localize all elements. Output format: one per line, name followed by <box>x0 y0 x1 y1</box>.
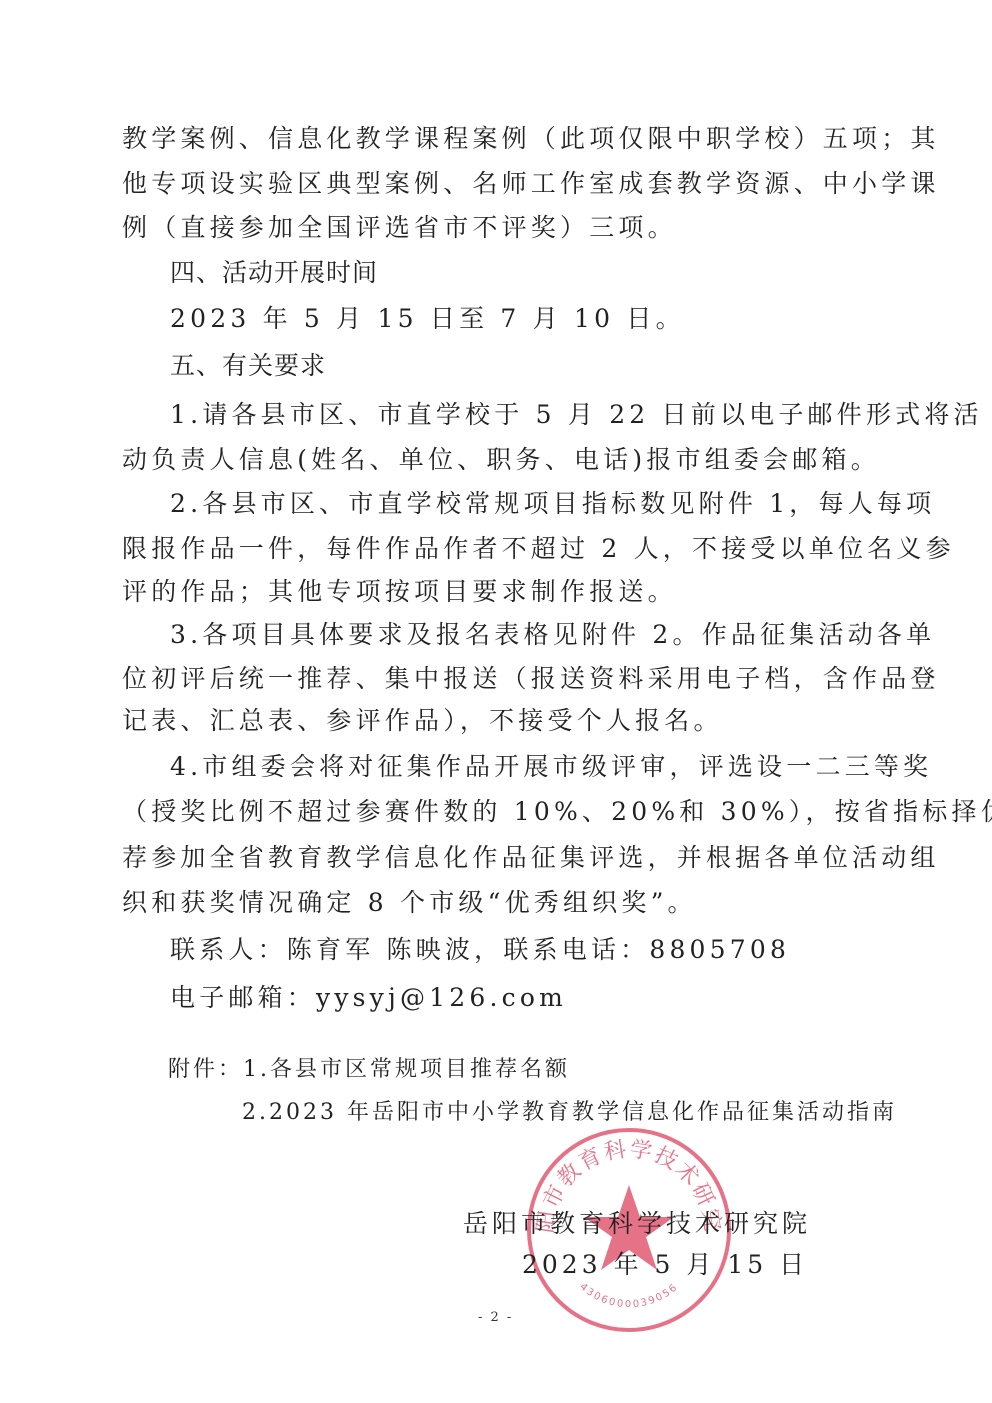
contact-email: 电子邮箱：yysyj@126.com <box>170 983 567 1013</box>
attachment-item: 2.2023 年岳阳市中小学教育教学信息化作品征集活动指南 <box>242 1098 897 1128</box>
paragraph-line: 限报作品一件，每件作品作者不超过 2 人，不接受以单位名义参 <box>122 534 955 564</box>
paragraph-line: 他专项设实验区典型案例、名师工作室成套教学资源、中小学课 <box>122 169 940 199</box>
section-heading: 四、活动开展时间 <box>170 258 378 288</box>
svg-text:4306000039056: 4306000039056 <box>577 1281 680 1310</box>
attachments: 附件：1.各县市区常规项目推荐名额 <box>168 1055 570 1085</box>
paragraph-line: 教学案例、信息化教学课程案例（此项仅限中职学校）五项；其 <box>122 124 940 154</box>
section-heading: 五、有关要求 <box>170 351 326 381</box>
paragraph-line: 位初评后统一推荐、集中报送（报送资料采用电子档，含作品登 <box>122 664 940 694</box>
paragraph-line: 评的作品；其他专项按项目要求制作报送。 <box>122 577 677 607</box>
contact-people: 联系人：陈育军 陈映波，联系电话：8805708 <box>170 935 790 965</box>
attachment-item: 1.各县市区常规项目推荐名额 <box>243 1057 570 1082</box>
paragraph-line: 例（直接参加全国评选省市不评奖）三项。 <box>122 213 677 243</box>
paragraph-line: 3.各项目具体要求及报名表格见附件 2。作品征集活动各单 <box>170 620 935 650</box>
paragraph-line: 2023 年 5 月 15 日至 7 月 10 日。 <box>170 304 685 334</box>
paragraph-line: 荐参加全省教育教学信息化作品征集评选，并根据各单位活动组 <box>122 843 940 873</box>
paragraph-line: 4.市组委会将对征集作品开展市级评审，评选设一二三等奖 <box>170 752 932 782</box>
paragraph-line: 动负责人信息(姓名、单位、职务、电话)报市组委会邮箱。 <box>122 445 880 475</box>
paragraph-line: 记表、汇总表、参评作品），不接受个人报名。 <box>122 706 723 736</box>
signature-date: 2023 年 5 月 15 日 <box>522 1245 808 1281</box>
paragraph-line: （授奖比例不超过参赛件数的 10%、20%和 30%），按省指标择优推 <box>122 797 992 827</box>
signature-organization: 岳阳市教育科学技术研究院 <box>463 1204 811 1240</box>
attachments-label: 附件： <box>168 1057 243 1082</box>
paragraph-line: 2.各县市区、市直学校常规项目指标数见附件 1，每人每项 <box>170 489 935 519</box>
paragraph-line: 织和获奖情况确定 8 个市级“优秀组织奖”。 <box>122 888 697 918</box>
page-number: - 2 - <box>478 1310 513 1325</box>
paragraph-line: 1.请各县市区、市直学校于 5 月 22 日前以电子邮件形式将活 <box>170 400 983 430</box>
